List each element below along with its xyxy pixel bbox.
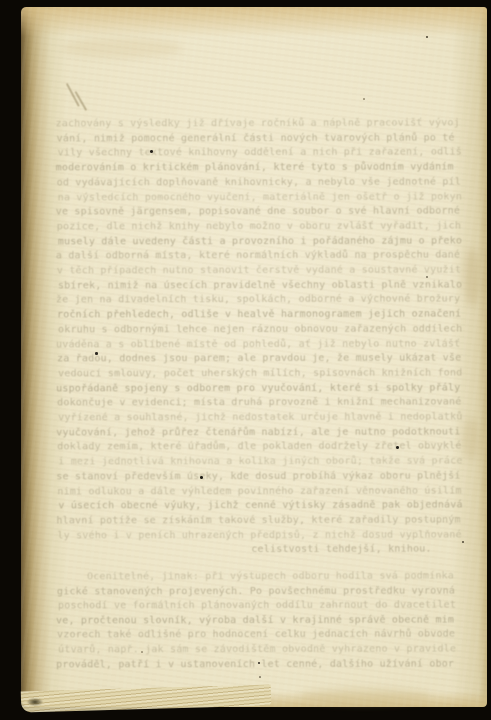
- text-line: vyučování, jehož průřez čtenářům nabízí,…: [56, 425, 463, 441]
- text-line: pozice, dle nichž knihy nebylo možno v o…: [57, 219, 463, 235]
- text-line: gické stanovených projevených. Po povšec…: [57, 584, 463, 599]
- ink-speck: [426, 276, 428, 278]
- text-line: v úsecích obecné výuky, jichž cenné výti…: [58, 499, 463, 515]
- ink-speck: [396, 446, 399, 449]
- ink-speck: [95, 352, 98, 355]
- text-line: zachovány s výsledky již dřívaje ročníků…: [56, 117, 463, 133]
- text-line: moderováním o kritickém plánování, které…: [56, 161, 463, 177]
- ink-speck: [200, 476, 203, 479]
- typewritten-paragraph-1: zachovány s výsledky již dřívaje ročníků…: [57, 117, 464, 559]
- ink-speck: [141, 651, 143, 653]
- text-line: útvarů, např. jak sám se závodištěm obvo…: [58, 643, 463, 658]
- text-line: ly svého i v peních uhrazených předpisů,…: [57, 528, 463, 544]
- text-line: vání, nimiž pomocné generální části nový…: [57, 131, 463, 147]
- typewritten-paragraph-2: Ocenitelné, jinak: při výstupech odboru …: [57, 570, 463, 673]
- text-line: se stanoví především úseky, kde dosud pr…: [56, 469, 463, 485]
- paper-stain: [464, 248, 480, 306]
- ink-speck: [150, 150, 153, 153]
- text-line: ve spisovně järgensem, popisované dne so…: [56, 205, 463, 221]
- text-line: že jen na divadelních tisku, spolkách, o…: [56, 293, 463, 309]
- ink-speck: [462, 541, 464, 543]
- text-line: sbírek, nimiž na úsecích pravidelně všec…: [58, 278, 463, 294]
- text-line: na výsledcích pomocného vyučení, materiá…: [58, 190, 463, 206]
- text-line: ve, pročtenou slovník, výroba další v kr…: [56, 613, 463, 628]
- text-line: uváděna a s oblíbené místě od pohledů, a…: [56, 337, 463, 353]
- text-line: i mezi jednotlivá knihovna a kolika jiný…: [58, 455, 463, 471]
- ink-speck: [258, 662, 260, 664]
- text-line: Ocenitelné, jinak: při výstupech odboru …: [56, 570, 463, 585]
- text-line: vzorech také odlišné pro hodnocení celku…: [57, 628, 463, 643]
- text-line: vyřízené a souhlasné, jichž nedostatek u…: [58, 411, 463, 427]
- text-line: doklady zemím, které úřadům, dle poklade…: [57, 440, 463, 456]
- paper-stain: [462, 418, 480, 460]
- scanner-background: zachovány s výsledky již dřívaje ročníků…: [0, 0, 491, 720]
- text-line: okruhu s odbornými lehce nejen ráznou ob…: [58, 322, 463, 338]
- text-line: vedoucí smlouvy, počet uherských mílích,…: [58, 367, 463, 383]
- text-line: v těch případech nutno stanovit čerstvě …: [57, 264, 463, 280]
- text-line: celistvosti tehdejší, knihou.: [58, 543, 463, 559]
- text-line: uspořádaně spojeny s odborem pro vyučová…: [56, 381, 463, 397]
- text-line: hlavní potíže se získáním takové služby,…: [56, 514, 463, 530]
- ink-speck: [259, 676, 261, 678]
- text-line: poschodí ve formálních plánovaných oddíl…: [58, 599, 463, 614]
- text-line: za řadou, dodnes jsou parem; ale pravdou…: [57, 352, 463, 368]
- text-line: vily všechny textové knihovny oddělení a…: [58, 146, 463, 162]
- ink-speck: [363, 98, 365, 100]
- text-line: od vydávajících doplňovaně knihovnicky, …: [57, 175, 463, 191]
- paper-stain: [300, 688, 430, 704]
- paper-stain: [62, 38, 182, 58]
- text-line: dokončuje v evidenci; místa druhá provoz…: [57, 396, 463, 412]
- text-line: nimi odlukou a dále výhledem povinného z…: [57, 484, 463, 500]
- corner-smudge: [27, 698, 43, 706]
- text-line: a další odborná místa, které normálních …: [56, 249, 463, 265]
- ink-speck: [426, 36, 428, 38]
- text-line: prováděl, patří i v ustanoveních let cen…: [56, 657, 463, 672]
- text-line: musely dále uvedeny části a provozního i…: [58, 234, 463, 250]
- text-line: ročních přehledech, odliše v healvě harm…: [57, 308, 463, 324]
